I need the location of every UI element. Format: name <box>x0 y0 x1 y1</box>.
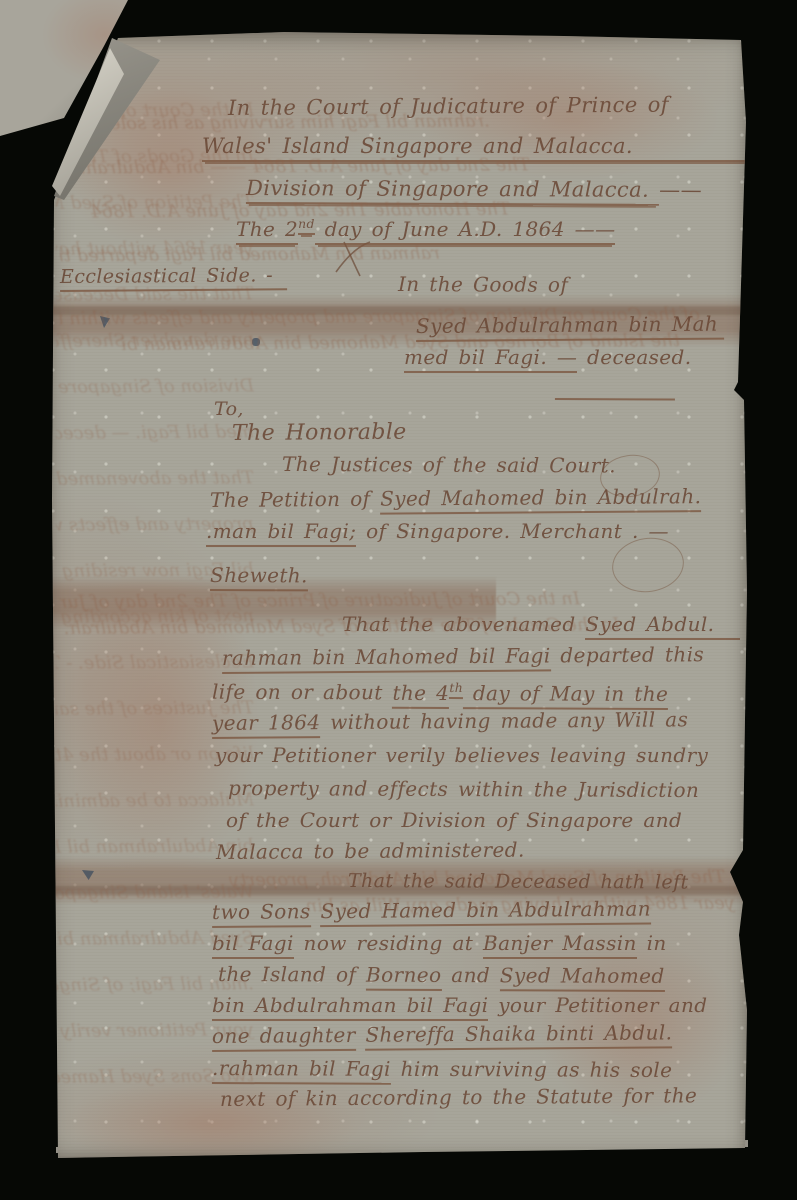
handwriting-segment: him surviving as his sole <box>391 1057 673 1082</box>
handwriting-segment: Syed Mahomed bin Abdulrah. <box>380 484 701 515</box>
handwriting-segment: deceased. <box>577 345 691 369</box>
handwriting-segment: .rahman bil Fagi <box>212 1056 391 1085</box>
flourish-rule <box>555 372 675 397</box>
court-heading-line-2: Wales' Island Singapore and Malacca. <box>202 134 753 158</box>
para2-line-8: next of kin according to the Statute for… <box>220 1083 697 1111</box>
date-line: The 2nd day of June A.D. 1864 —— <box>236 216 615 241</box>
bleedthrough-ghost-text: med bil Fagi. — deceased. bin Abdulrahma… <box>56 421 254 448</box>
handwriting-segment: th <box>449 680 463 699</box>
handwriting-segment: bil Fagi <box>212 931 294 959</box>
handwriting-segment: day of June A.D. 1864 —— <box>315 217 616 245</box>
para1-line-2: rahman bin Mahomed bil Fagi departed thi… <box>222 642 704 670</box>
handwriting-segment: day of May in the <box>463 681 668 710</box>
para2-line-7: .rahman bil Fagi him surviving as his so… <box>212 1056 672 1082</box>
deceased-name-line-2: med bil Fagi. — deceased. <box>404 345 692 369</box>
handwriting-segment: Sheweth. <box>210 563 308 591</box>
handwriting-segment: — <box>649 519 669 543</box>
handwriting-segment: Syed Abdulrahman bin Mah <box>416 312 724 342</box>
handwriting-segment: In the Court of Judicature of Prince of <box>228 93 669 120</box>
handwriting-layer: In the Court of Judicature of Prince ofW… <box>44 30 750 1160</box>
para1-line-5: your Petitioner verily believes leaving … <box>215 743 708 767</box>
bleedthrough-ghost-text: year 1864 without having made any Will a… <box>56 237 254 264</box>
ecclesiastical-side-label: Ecclesiastical Side. - <box>60 264 287 288</box>
handwriting-segment: nd <box>298 216 315 235</box>
handwriting-segment <box>555 372 675 401</box>
handwriting-segment: The Honorable <box>232 420 407 446</box>
handwriting-segment: your Petitioner and <box>488 993 707 1017</box>
handwriting-segment: bin Abdulrahman bil Fagi <box>212 993 488 1021</box>
para1-line-6: property and effects within the Jurisdic… <box>228 776 699 802</box>
salutation-honorable: The Honorable <box>232 420 407 446</box>
bleedthrough-ghost-text: Malacca to be administered. bin Abdulrah… <box>56 789 254 816</box>
handwriting-segment: property and effects within the Jurisdic… <box>228 776 699 802</box>
bleedthrough-ghost-text: one daughter Shereffa Shaika binti Abdul… <box>56 329 254 356</box>
handwriting-segment: To, <box>214 398 244 420</box>
para2-line-5: bin Abdulrahman bil Fagi your Petitioner… <box>212 993 708 1017</box>
handwriting-segment: the 4 <box>392 680 449 708</box>
handwriting-segment: The 2 <box>236 217 298 245</box>
petition-line-1: The Petition of Syed Mahomed bin Abdulra… <box>210 484 702 512</box>
bleedthrough-ghost-text: next of kin according to the Statute for… <box>56 605 254 632</box>
handwriting-segment: Syed Abdul. <box>585 612 740 640</box>
handwriting-segment: The Justices of the said Court. <box>282 452 616 477</box>
handwriting-segment: Ecclesiastical Side. - <box>60 264 287 292</box>
bleedthrough-ghost-text: The Petition of Syed Mahomed bin Abdulra… <box>56 191 254 218</box>
handwriting-segment: Wales' Island Singapore and Malacca. <box>202 134 753 162</box>
para2-line-3: bil Fagi now residing at Banjer Massin i… <box>212 931 667 955</box>
handwriting-segment: That the said Deceased hath left <box>348 870 689 893</box>
para2-line-4: the Island of Borneo and Syed Mahomed <box>218 962 665 988</box>
para1-line-7: of the Court or Division of Singapore an… <box>226 808 682 832</box>
para1-line-1: That the abovenamed Syed Abdul. <box>342 612 740 636</box>
handwriting-segment: The Petition of <box>210 487 380 512</box>
in-the-goods-of: In the Goods of <box>398 272 568 297</box>
handwriting-segment: Shereffa Shaika binti Abdul. <box>365 1020 672 1050</box>
handwriting-segment: next of kin according to the Statute for… <box>220 1083 697 1111</box>
court-heading-line-3: Division of Singapore and Malacca. —— <box>246 176 702 202</box>
handwriting-segment: rahman bin Mahomed bil Fagi <box>222 643 551 674</box>
paper-sheet: In the Court of Judicature of Prince ofW… <box>44 30 750 1160</box>
handwriting-segment: In the Goods of <box>398 272 568 297</box>
handwriting-segment: Syed Mahomed <box>500 963 665 992</box>
handwriting-segment: year 1864 <box>212 710 321 739</box>
petition-line-2: .man bil Fagi; of Singapore. Merchant . … <box>206 519 669 543</box>
para2-line-2: two Sons Syed Hamed bin Abdulrahman <box>212 897 651 924</box>
handwriting-segment: med bil Fagi. — <box>404 345 577 373</box>
para2-line-6: one daughter Shereffa Shaika binti Abdul… <box>212 1020 673 1048</box>
handwriting-segment: Borneo <box>366 963 442 991</box>
para1-line-3: life on or about the 4th day of May in t… <box>212 679 668 706</box>
handwriting-segment: —— <box>659 178 702 202</box>
salutation-justices: The Justices of the said Court. <box>282 452 616 477</box>
deceased-name-line-1: Syed Abdulrahman bin Mah <box>416 312 724 338</box>
handwriting-segment: That the abovenamed <box>342 612 585 636</box>
handwriting-segment: life on or about <box>212 680 393 705</box>
handwriting-segment: of Singapore. Merchant . <box>356 519 648 543</box>
handwriting-segment: and <box>441 963 499 987</box>
handwriting-segment: Division of Singapore and Malacca. <box>246 176 659 206</box>
handwriting-segment: one daughter <box>212 1023 356 1052</box>
handwriting-segment: now residing at <box>294 931 483 955</box>
handwriting-segment: of the Court or Division of Singapore an… <box>226 808 682 832</box>
handwriting-segment: .man bil Fagi; <box>206 519 356 547</box>
handwriting-segment: your Petitioner verily believes leaving … <box>215 743 708 767</box>
handwriting-segment: departed this <box>551 642 705 667</box>
para2-line-1: That the said Deceased hath left <box>348 870 689 893</box>
sheweth-heading: Sheweth. <box>210 563 308 587</box>
court-heading-line-1: In the Court of Judicature of Prince of <box>228 93 669 120</box>
salutation-to: To, <box>214 398 244 420</box>
handwriting-segment: two Sons <box>212 899 311 928</box>
para1-line-4: year 1864 without having made any Will a… <box>212 707 688 735</box>
handwriting-segment: Syed Hamed bin Abdulrahman <box>320 897 651 928</box>
scanned-document-photo: { "colors": { "background": "#060805", "… <box>0 0 797 1200</box>
handwriting-segment: in <box>637 931 667 955</box>
para1-line-8: Malacca to be administered. <box>216 838 525 864</box>
handwriting-segment: the Island of <box>218 962 366 987</box>
handwriting-segment: Malacca to be administered. <box>216 838 525 864</box>
handwriting-segment: without having made any Will as <box>320 707 688 734</box>
handwriting-segment: Banjer Massin <box>483 931 637 959</box>
